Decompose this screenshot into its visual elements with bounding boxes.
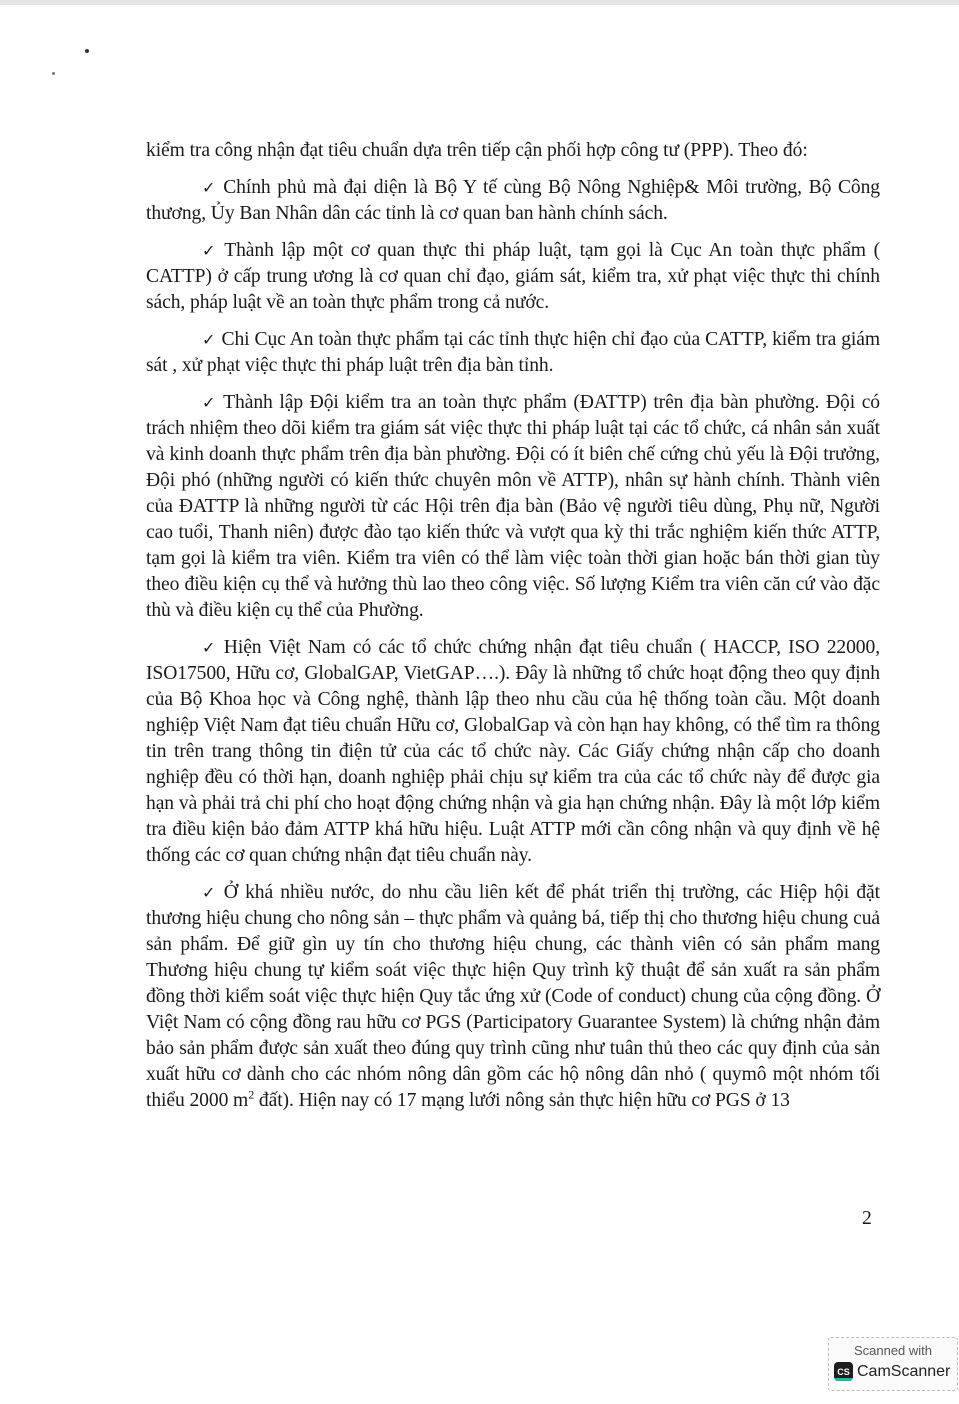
checkmark-icon: ✓ (202, 241, 218, 260)
checkmark-icon: ✓ (202, 883, 218, 902)
camscanner-watermark: Scanned with CS CamScanner (828, 1337, 958, 1391)
checkmark-icon: ✓ (202, 178, 217, 197)
paragraph-text: kiểm tra công nhận đạt tiêu chuẩn dựa tr… (146, 140, 808, 161)
scan-speck (52, 72, 55, 75)
paragraph-intro: kiểm tra công nhận đạt tiêu chuẩn dựa tr… (146, 138, 880, 164)
bullet-paragraph-policy-makers: ✓Chính phủ mà đại diện là Bộ Y tế cùng B… (146, 175, 880, 227)
bullet-paragraph-pgs: ✓Ở khá nhiều nước, do nhu cầu liên kết đ… (146, 880, 880, 1114)
checkmark-icon: ✓ (202, 638, 218, 657)
watermark-caption: Scanned with (829, 1343, 957, 1358)
paragraph-text: Ở khá nhiều nước, do nhu cầu liên kết để… (146, 882, 880, 1111)
camscanner-logo-icon: CS (834, 1362, 853, 1381)
bullet-paragraph-dattp: ✓Thành lập Đội kiểm tra an toàn thực phẩ… (146, 390, 880, 624)
checkmark-icon: ✓ (202, 330, 216, 349)
watermark-brand: CamScanner (857, 1363, 950, 1381)
paragraph-text: Chính phủ mà đại diện là Bộ Y tế cùng Bộ… (146, 177, 880, 224)
paragraph-text: Thành lập Đội kiểm tra an toàn thực phẩm… (146, 392, 880, 621)
document-page: kiểm tra công nhận đạt tiêu chuẩn dựa tr… (146, 138, 880, 1125)
paragraph-text: Chi Cục An toàn thực phẩm tại các tỉnh t… (146, 329, 880, 376)
bullet-paragraph-certification: ✓Hiện Việt Nam có các tổ chức chứng nhận… (146, 635, 880, 869)
bullet-paragraph-cattp: ✓Thành lập một cơ quan thực thi pháp luậ… (146, 238, 880, 316)
scan-top-edge (0, 0, 959, 5)
paragraph-text: Hiện Việt Nam có các tổ chức chứng nhận … (146, 637, 880, 866)
scan-speck (85, 49, 89, 53)
checkmark-icon: ✓ (202, 393, 217, 412)
paragraph-text: Thành lập một cơ quan thực thi pháp luật… (146, 240, 880, 313)
watermark-brand-row: CS CamScanner (834, 1362, 950, 1381)
page-number: 2 (862, 1208, 872, 1230)
paragraph-text: đất). Hiện nay có 17 mạng lưới nông sản … (254, 1090, 790, 1111)
bullet-paragraph-provincial: ✓Chi Cục An toàn thực phẩm tại các tỉnh … (146, 327, 880, 379)
